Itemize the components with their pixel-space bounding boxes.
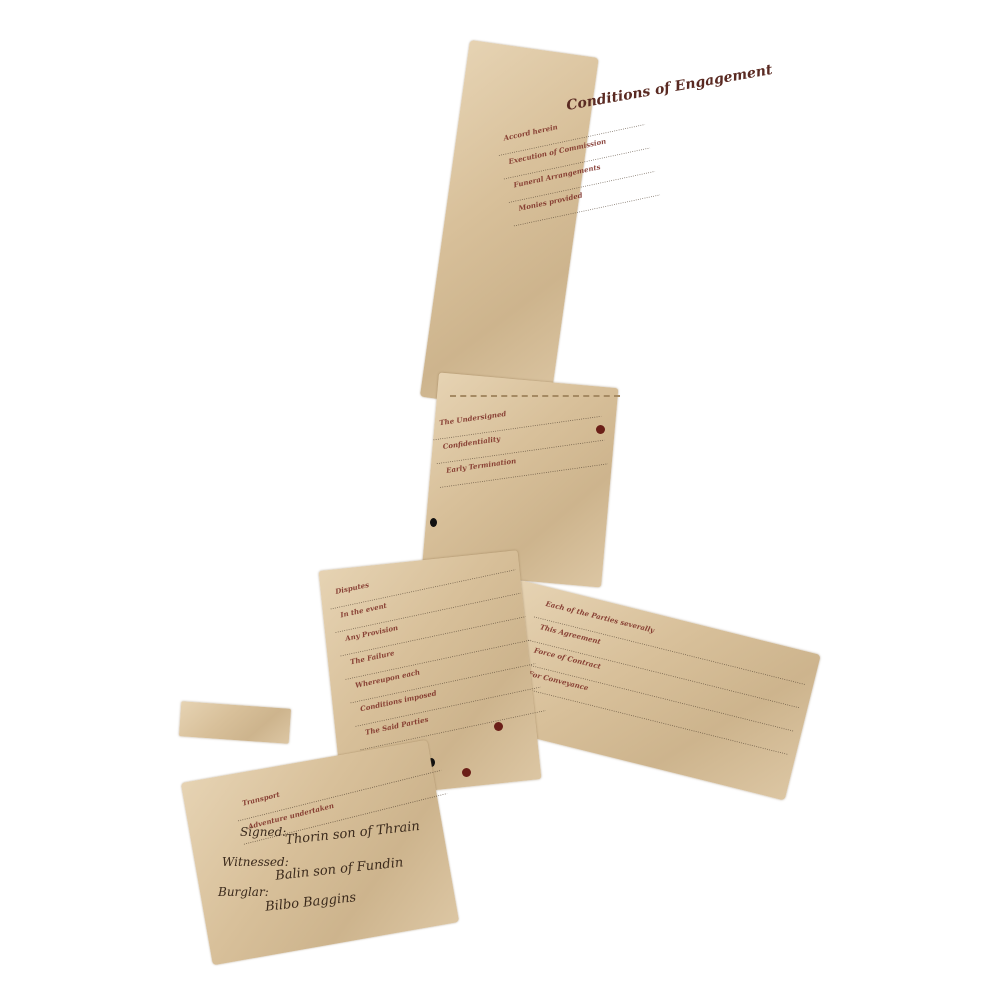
photo-stage: Conditions of Engagement Accord herein ·… (0, 0, 1000, 1000)
scroll-small-flap (179, 701, 291, 744)
section-heading: Force of Contract (533, 646, 602, 671)
section-heading: The Failure (349, 648, 395, 666)
side-panel-text: Each of the Parties severally ··········… (506, 590, 812, 794)
signature-label: Signed: (240, 825, 286, 839)
section-heading: Any Provision (344, 623, 398, 643)
section-heading: Funeral Arrangements (513, 162, 602, 189)
section-heading: Execution of Commission (508, 136, 607, 165)
section-heading: Disputes (334, 580, 369, 596)
section-heading: Accord herein (503, 122, 559, 142)
section-heading: Conditions imposed (359, 688, 437, 713)
section-heading: Transport (241, 790, 280, 808)
section-heading: Confidentiality (442, 434, 501, 451)
wax-seal (462, 768, 471, 777)
wax-seal (596, 425, 605, 434)
scroll-middle-text: The Undersigned ························… (429, 389, 621, 581)
hole (430, 518, 437, 527)
section-heading: The Undersigned (439, 409, 507, 427)
signature-label: Witnessed: (222, 855, 289, 869)
section-heading: This Agreement (539, 622, 602, 646)
section-heading: Whereupon each (354, 667, 421, 690)
section-heading: Early Termination (445, 456, 516, 475)
section-heading: In the event (339, 601, 387, 620)
section-heading: Monies provided (518, 191, 584, 213)
section-heading: The Said Parties (364, 715, 429, 737)
signature-label: Burglar: (218, 885, 269, 899)
wax-seal (494, 722, 503, 731)
